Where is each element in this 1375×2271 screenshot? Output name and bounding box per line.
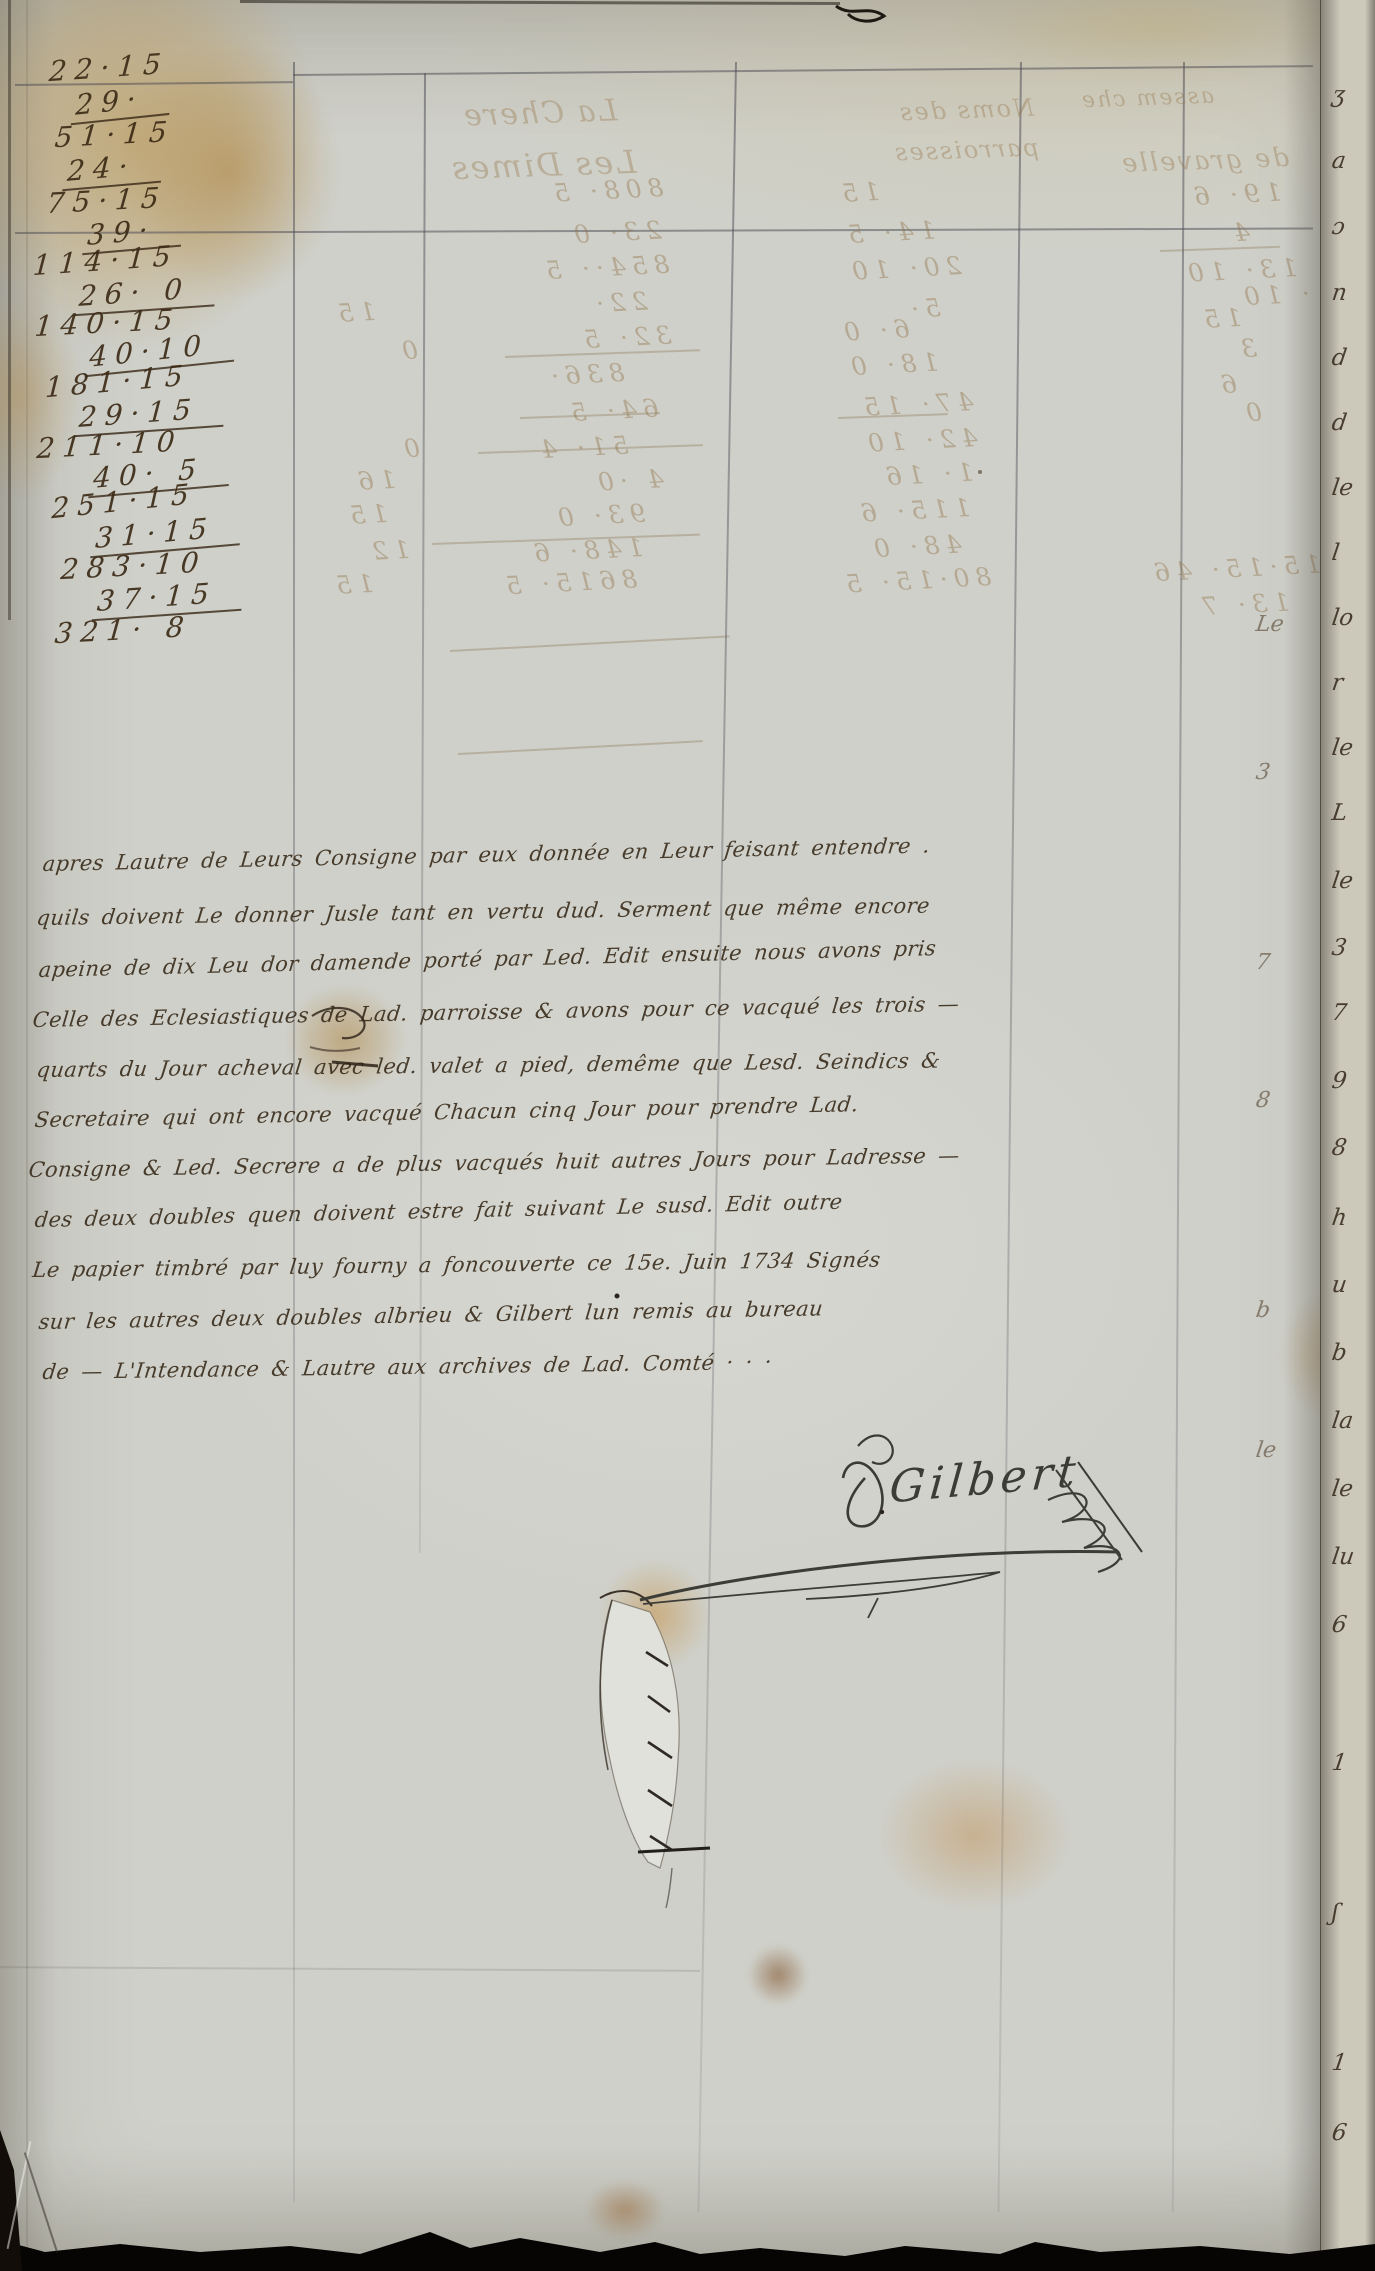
ghost-number: 148· 6 <box>527 535 644 566</box>
ghost-number: 32· 5 <box>577 323 672 353</box>
sum-entry: 22·15 <box>48 50 170 87</box>
ghost-number: 854·· 5 <box>539 252 670 284</box>
ghost-number: 48· 0 <box>867 532 962 562</box>
ghost-number: 836· <box>544 360 625 389</box>
body-text-line: Consigne & Led. Secrere a de plus vacqué… <box>27 1143 961 1182</box>
ghost-number: 64· 5 <box>564 396 659 426</box>
body-text-line: apeine de dix Leu dor damende porté par … <box>38 936 938 982</box>
table-column-line-5 <box>1172 62 1185 2212</box>
table-column-line-3 <box>697 62 736 2212</box>
ghost-number: 23· 0 <box>567 218 662 248</box>
table-column-line-4 <box>997 62 1021 2212</box>
ghost-number: 0 <box>395 337 418 363</box>
ghost-number: 15 <box>329 571 374 598</box>
ghost-number: 808· 5 <box>547 175 664 206</box>
edge-ink-fragment: la <box>1330 1408 1355 1434</box>
manuscript-scan: La ChereLes DimesNoms desparroissesassem… <box>0 0 1375 2271</box>
crease-left <box>26 0 28 2260</box>
ghost-number: 22· <box>589 289 648 317</box>
edge-ink-fragment: le <box>1330 735 1355 761</box>
body-text-line: quarts du Jour acheval avec led. valet a… <box>35 1049 941 1082</box>
crease-horizontal <box>0 1966 700 1972</box>
body-text-line: des deux doubles quen doivent estre fait… <box>34 1190 844 1232</box>
ghost-number: 14· 5 <box>841 218 936 248</box>
ghost-number: 8615· 5 <box>499 566 638 598</box>
table-rule-top <box>293 65 1313 75</box>
ghost-number: 15·15· 46 <box>1147 551 1321 585</box>
top-edge-line <box>240 0 840 5</box>
stain-tear-area <box>600 1560 710 1670</box>
ghost-number: 1· 10 <box>1237 280 1332 310</box>
ghost-number: 3 <box>1234 335 1257 361</box>
paper-sheet: La ChereLes DimesNoms desparroissesassem… <box>0 0 1375 2260</box>
edge-ink-fragment: le <box>1330 1476 1355 1502</box>
ghost-header: de gravelle <box>1120 143 1290 179</box>
body-text-line: Celle des Eclesiastiques de Lad. parrois… <box>31 992 960 1032</box>
body-text-line: quils doivent Le donner Jusle tant en ve… <box>35 894 931 931</box>
ghost-number: 93· 0 <box>551 501 646 531</box>
fold-ink-mark: Le <box>1254 612 1285 637</box>
ghost-sum-rule <box>458 740 703 754</box>
ghost-header: assem che <box>1080 84 1215 114</box>
ghost-header: La Chere <box>461 93 618 133</box>
ghost-number: 115· 6 <box>854 495 971 526</box>
fold-ink-mark: le <box>1254 1438 1278 1463</box>
crease-left-2 <box>8 0 11 620</box>
fold-ink-mark: 3 <box>1254 760 1272 785</box>
body-text-line: Le papier timbré par luy fourny a foncou… <box>31 1248 882 1282</box>
fold-ink-mark: 8 <box>1254 1088 1272 1113</box>
edge-ink-fragment: 7 <box>1330 1000 1348 1026</box>
ghost-sum-rule <box>1160 246 1280 252</box>
edge-ink-fragment: lo <box>1330 605 1355 631</box>
ghost-number: 42· 10 <box>861 425 978 456</box>
table-rule-second <box>15 227 1313 233</box>
body-text-line: apres Lautre de Leurs Consigne par eux d… <box>42 833 932 876</box>
stain-bottom-left <box>585 2180 665 2240</box>
body-text-line: sur les autres deux doubles albrieu & Gi… <box>37 1296 824 1334</box>
stain-top-right-wash <box>950 0 1370 80</box>
ghost-number: 6· 0 <box>837 316 910 345</box>
ghost-number: 0 <box>1239 399 1262 425</box>
ghost-number: 47· 15 <box>857 389 974 420</box>
body-text-line: de — L'Intendance & Lautre aux archives … <box>41 1350 773 1384</box>
sum-entry: 321· 8 <box>54 613 193 648</box>
ghost-number: 19· 6 <box>1187 180 1282 210</box>
ghost-number: 16 <box>351 467 396 494</box>
edge-ink-fragment: le <box>1330 475 1355 501</box>
ghost-number: 18· 0 <box>844 350 939 380</box>
ghost-number: 12 <box>365 537 410 564</box>
ghost-sum-rule <box>450 635 730 651</box>
ghost-number: 80·15· 5 <box>839 564 991 597</box>
stain-lower-center <box>880 1760 1070 1910</box>
sum-entry: 51·15 <box>54 118 176 152</box>
ghost-number: 20· 10 <box>845 253 962 284</box>
ghost-number: 4 ·0 <box>591 466 664 495</box>
edge-ink-fragment: le <box>1330 868 1355 894</box>
fold-ink-mark: 7 <box>1254 950 1272 975</box>
ghost-number: 1· 16 <box>879 460 974 490</box>
table-column-line-1 <box>293 62 295 2202</box>
ghost-number: 0 <box>397 435 420 461</box>
ghost-header: parroisses <box>893 133 1040 166</box>
stain-bottom-spot <box>748 1945 808 2005</box>
ghost-number: 15 <box>1197 305 1242 332</box>
fold-ink-mark: b <box>1254 1298 1272 1323</box>
ghost-number: 15 <box>835 179 880 206</box>
ghost-number: 51· 4 <box>534 433 629 463</box>
body-text-line: Secretaire qui ont encore vacqué Chacun … <box>34 1092 860 1132</box>
edge-ink-fragment: lu <box>1330 1544 1356 1570</box>
ghost-header: Noms des <box>898 94 1035 127</box>
table-column-line-2 <box>419 73 426 1553</box>
ghost-number: 5· <box>904 295 941 322</box>
ghost-number: 4 <box>1227 219 1250 245</box>
ghost-number: 15 <box>331 299 376 326</box>
page-fold-shadow <box>1284 0 1320 2271</box>
signature-name: Gilbert <box>887 1445 1082 1513</box>
ghost-number: 15 <box>343 501 388 528</box>
ghost-number: 6 <box>1214 371 1237 397</box>
